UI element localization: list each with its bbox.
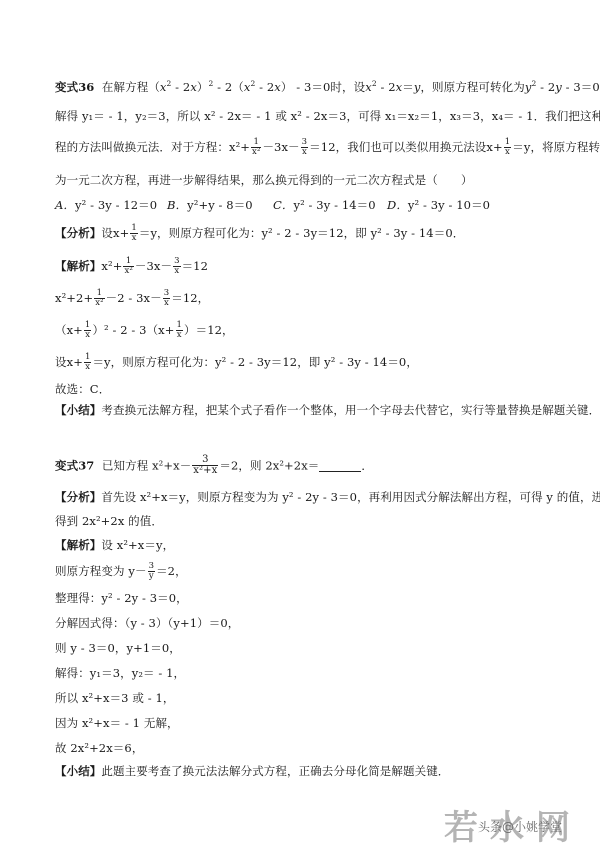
problem36-answer: 故选：C． — [55, 380, 555, 398]
option-d[interactable]: D．y² - 3y - 10＝0 — [387, 196, 490, 214]
option-c[interactable]: C．y² - 3y - 14＝0 — [273, 196, 387, 214]
fraction: 1x — [84, 321, 92, 340]
option-a[interactable]: A．y² - 3y - 12＝0 — [55, 196, 167, 214]
fraction: 1x — [130, 224, 138, 243]
problem37-analysis-line1: 【分析】首先设 x²+x＝y，则原方程变为为 y² - 2y - 3＝0，再利用… — [55, 488, 555, 506]
problem37-step2: 整理得：y² - 2y - 3＝0， — [55, 589, 555, 607]
summary-label: 【小结】 — [55, 403, 101, 417]
fraction: 3x — [173, 257, 181, 276]
fraction: 3x — [163, 289, 171, 308]
problem36-solution-step1: 【解析】x²+1x²－3x－3x＝12 — [55, 257, 555, 277]
fraction: 1x² — [94, 289, 104, 308]
document-page: 变式36 在解方程（x2 - 2x）2 - 2（x2 - 2x） - 3＝0时，… — [0, 0, 600, 849]
problem37-step7: 因为 x²+x＝ - 1 无解， — [55, 714, 555, 732]
option-b[interactable]: B．y²+y - 8＝0 — [167, 196, 273, 214]
problem37-step6: 所以 x²+x＝3 或 - 1， — [55, 689, 555, 707]
solution-label: 【解析】 — [55, 538, 101, 552]
problem37-solution-first: 【解析】设 x²+x＝y， — [55, 536, 555, 554]
problem37-analysis-line2: 得到 2x²+2x 的值． — [55, 512, 555, 530]
problem36-stem-line2: 解得 y₁＝ - 1，y₂＝3，所以 x² - 2x＝ - 1 或 x² - 2… — [55, 107, 555, 125]
problem37-step8: 故 2x²+2x＝6， — [55, 739, 555, 757]
problem37-summary: 【小结】此题主要考查了换元法法解分式方程，正确去分母化简是解题关键． — [55, 762, 555, 780]
fraction: 3x — [301, 138, 309, 157]
problem36-stem-line1: 变式36 在解方程（x2 - 2x）2 - 2（x2 - 2x） - 3＝0时，… — [55, 78, 555, 96]
fraction: 1x — [504, 138, 512, 157]
summary-label: 【小结】 — [55, 764, 101, 778]
problem36-options: A．y² - 3y - 12＝0B．y²+y - 8＝0C．y² - 3y - … — [55, 196, 555, 214]
fraction: 1x — [84, 353, 92, 372]
problem36-summary: 【小结】考查换元法解方程，把某个式子看作一个整体，用一个字母去代替它，实行等量替… — [55, 401, 555, 419]
problem36-solution-step2: x²+2+1x²－2 - 3x－3x＝12， — [55, 289, 555, 309]
fraction: 1x² — [251, 138, 261, 157]
solution-label: 【解析】 — [55, 259, 101, 273]
problem36-analysis: 【分析】设x+1x＝y，则原方程可化为：y² - 2 - 3y＝12，即 y² … — [55, 224, 555, 244]
problem36-stem-line4: 为一元二次方程，再进一步解得结果，那么换元得到的一元二次方程式是（ ） — [55, 171, 555, 189]
problem36-solution-step3: （x+1x）² - 2 - 3（x+1x）＝12， — [55, 321, 555, 341]
problem36-solution-step4: 设x+1x＝y，则原方程可化为：y² - 2 - 3y＝12，即 y² - 3y… — [55, 353, 555, 373]
answer-blank[interactable] — [319, 459, 361, 472]
fraction: 1x² — [123, 257, 133, 276]
analysis-label: 【分析】 — [55, 490, 101, 504]
problem37-step3: 分解因式得：（y - 3）（y+1）＝0， — [55, 614, 555, 632]
problem36-label: 变式36 — [55, 80, 94, 94]
problem37-step1: 则原方程变为 y－3y＝2， — [55, 562, 555, 582]
watermark-credit: 头条@小姚学堂 — [478, 818, 562, 835]
problem37-label: 变式37 — [55, 459, 94, 473]
fraction: 3y — [148, 562, 156, 581]
problem36-stem-line3: 程的方法叫做换元法．对于方程：x²+1x²－3x－3x＝12，我们也可以类似用换… — [55, 138, 555, 158]
fraction: 1x — [176, 321, 184, 340]
problem37-stem: 变式37 已知方程 x²+x－3x²+x＝2，则 2x²+2x＝． — [55, 456, 555, 477]
problem37-step5: 解得：y₁＝3，y₂＝ - 1， — [55, 664, 555, 682]
problem37-step4: 则 y - 3＝0，y+1＝0， — [55, 639, 555, 657]
fraction: 3x²+x — [192, 455, 218, 476]
analysis-label: 【分析】 — [55, 226, 101, 240]
